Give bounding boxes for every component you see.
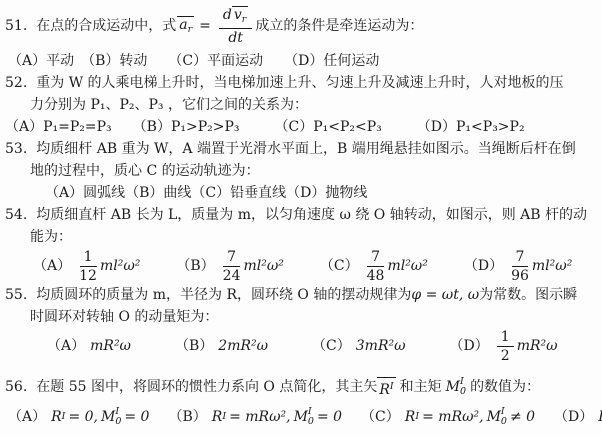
r-symbol: R [598, 406, 602, 428]
v-subscript: r [242, 14, 247, 25]
r-superscript: I [222, 406, 226, 428]
fraction-numerator: 1 [497, 329, 514, 347]
r-symbol: R [51, 406, 62, 428]
option-c: （C） 3mR²ω [312, 335, 405, 357]
question-52: 52.重为 W 的人乘电梯上升时，当电梯加速上升、匀速上升及减速上升时，人对地板… [5, 72, 602, 138]
option-label: （A） [8, 406, 46, 428]
m-symbol: M [446, 376, 460, 398]
question-number: 54. [5, 207, 27, 223]
m-value: ≠ 0 [510, 406, 535, 428]
stem-text-pre: 在点的合成运动中，式 [36, 15, 176, 37]
question-53-options: （A）圆弧线（B）曲线（C）铅垂直线（D）抛物线 [5, 182, 602, 204]
r-superscript: I [415, 406, 419, 428]
stem-text: 均质细直杆 AB 长为 L，质量为 m，以匀角速度 ω 绕 O 轴转动，如图示，… [36, 207, 587, 223]
question-53-stem-line2: 地的过程中，质心 C 的运动轨迹为： [5, 160, 602, 182]
option-label: （D） [450, 335, 489, 357]
m-subscript: 0 [501, 417, 507, 427]
fraction: 112 [79, 249, 97, 284]
question-55-options: （A） mR²ω （B） 2mR²ω （C） 3mR²ω （D） 12 mR²ω [5, 328, 602, 364]
m-subscript: 0 [115, 417, 121, 427]
m-subsuperscript: I0 [460, 377, 466, 397]
option-a: （A） RI = 0, M I0 = 0 [8, 406, 152, 428]
stem-text-mid: 和主矩 [400, 376, 442, 398]
option-label: （C） [320, 255, 359, 277]
question-56-stem: 56. 在题 55 图中，将圆环的惯性力系向 O 点简化，其主矢 RI 和主矩 … [5, 372, 602, 402]
r-superscript: I [62, 406, 66, 428]
fraction-numerator: dvr [219, 6, 252, 29]
option-label: （C） [361, 406, 400, 428]
fraction-denominator: 96 [511, 267, 529, 284]
stem-text-post: 成立的条件是牵连运动为： [255, 15, 423, 37]
fraction-numerator: 7 [367, 249, 384, 267]
question-53: 53.均质细杆 AB 重为 W，A 端置于光滑水平面上，B 端用绳悬挂如图示。当… [5, 138, 602, 204]
option-a: （A） mR²ω [47, 335, 131, 357]
option-c: （C） 748 ml²ω² [320, 249, 428, 284]
question-54-stem-line1: 54.均质细直杆 AB 长为 L，质量为 m，以匀角速度 ω 绕 O 轴转动，如… [5, 204, 602, 226]
option-d: （D） 796 ml²ω² [464, 249, 572, 284]
m-subscript: 0 [460, 387, 466, 397]
d-symbol: d [223, 7, 232, 23]
question-number: 53. [5, 141, 27, 157]
fraction-denominator: 12 [79, 267, 97, 284]
fraction: 796 [511, 249, 529, 284]
fraction-numerator: 1 [80, 249, 97, 267]
option-label: （D） [554, 406, 593, 428]
a-subscript: r [188, 24, 193, 35]
question-53-stem-line1: 53.均质细杆 AB 重为 W，A 端置于光滑水平面上，B 端用绳悬挂如图示。当… [5, 138, 602, 160]
equals-sign: = [199, 15, 211, 37]
formula-text: ml²ω² [387, 255, 427, 277]
fraction-dvr-dt: dvr dt [219, 6, 252, 46]
m-symbol: M [487, 406, 501, 428]
fraction-denominator: 24 [223, 267, 241, 284]
r-symbol: R [405, 406, 416, 428]
formula-text: ml²ω² [532, 255, 572, 277]
question-number: 56. [5, 376, 27, 398]
question-52-options: （A）P₁=P₂=P₃ （B）P₁>P₂>P₃ （C）P₁<P₂<P₃ （D）P… [5, 116, 602, 138]
m-subsuperscript: I0 [115, 407, 121, 427]
formula-text: mR²ω [517, 335, 558, 357]
stem-text: 均质细杆 AB 重为 W，A 端置于光滑水平面上，B 端用绳悬挂如图示。当绳断后… [36, 141, 575, 157]
formula-text: 3mR²ω [356, 335, 406, 357]
option-label: （D） [464, 255, 503, 277]
stem-text-pre: 均质圆环的质量为 m，半径为 R，圆环绕 O 轴的摆动规律为 [36, 287, 411, 303]
question-number: 51. [5, 15, 27, 37]
question-51-options: （A）平动 （B）转动 （C）平面运动 （D）任何运动 [5, 50, 602, 72]
m-value: = 0 [124, 406, 149, 428]
question-54-options: （A） 112 ml²ω² （B） 724 ml²ω² （C） 748 ml²ω… [5, 248, 602, 284]
option-label: （B） [168, 406, 206, 428]
r-value: = mRω², [422, 406, 483, 428]
question-51: 51. 在点的合成运动中，式 ar = dvr dt 成立的条件是牵连运动为： … [5, 2, 602, 72]
option-c: （C） RI = mRω², M I0 ≠ 0 [361, 406, 538, 428]
r-symbol: R [379, 382, 390, 398]
option-label: （C） [312, 335, 351, 357]
exam-page: 51. 在点的合成运动中，式 ar = dvr dt 成立的条件是牵连运动为： … [0, 0, 602, 435]
r-value: = 0, [68, 406, 98, 428]
option-label: （A） [33, 255, 71, 277]
fraction-denominator: dt [228, 29, 243, 46]
question-56: 56. 在题 55 图中，将圆环的惯性力系向 O 点简化，其主矢 RI 和主矩 … [5, 372, 602, 432]
question-number: 52. [5, 75, 27, 91]
question-55-stem-line2: 时圆环对转轴 O 的动量矩为： [5, 306, 602, 328]
fraction-denominator: 2 [501, 347, 510, 364]
fraction-numerator: 7 [223, 249, 240, 267]
option-label: （B） [175, 335, 213, 357]
r-symbol: R [212, 406, 223, 428]
formula-text: ml²ω² [100, 255, 140, 277]
r-value: = mRω², [229, 406, 290, 428]
option-b: （B） RI = mRω², M I0 = 0 [168, 406, 345, 428]
question-52-stem-line2: 力分别为 P₁、P₂、P₃ ，它们之间的关系为： [5, 94, 602, 116]
fraction: 724 [223, 249, 241, 284]
option-d: （D） 12 mR²ω [450, 329, 558, 364]
option-label: （B） [176, 255, 214, 277]
option-a: （A） 112 ml²ω² [33, 249, 140, 284]
fraction-numerator: 7 [512, 249, 529, 267]
stem-text-post: 为常数。图示瞬 [479, 287, 577, 303]
m-symbol: M [101, 406, 115, 428]
question-51-stem: 51. 在点的合成运动中，式 ar = dvr dt 成立的条件是牵连运动为： [5, 2, 602, 50]
m-subsuperscript: I0 [501, 407, 507, 427]
formula-text: 2mR²ω [218, 335, 268, 357]
question-54: 54.均质细直杆 AB 长为 L，质量为 m，以匀角速度 ω 绕 O 轴转动，如… [5, 204, 602, 284]
stem-text-pre: 在题 55 图中，将圆环的惯性力系向 O 点简化，其主矢 [36, 376, 377, 398]
stem-text: 重为 W 的人乘电梯上升时，当电梯加速上升、匀速上升及减速上升时，人对地板的压 [36, 75, 563, 91]
option-b: （B） 724 ml²ω² [176, 249, 284, 284]
option-label: （A） [47, 335, 85, 357]
fraction: 12 [497, 329, 514, 364]
m-subsuperscript: I0 [308, 407, 314, 427]
formula-text: mR²ω [90, 335, 131, 357]
a-symbol: a [179, 17, 187, 33]
formula-phi-omega-t: φ = ωt, ω [411, 287, 479, 303]
question-number: 55. [5, 287, 27, 303]
m-subscript: 0 [308, 417, 314, 427]
fraction-denominator: 48 [367, 267, 385, 284]
formula-text: ml²ω² [243, 255, 283, 277]
r-superscript: I [390, 381, 394, 392]
option-b: （B） 2mR²ω [175, 335, 268, 357]
v-symbol: v [234, 7, 242, 23]
question-54-stem-line2: 能为： [5, 226, 602, 248]
m-symbol: M [294, 406, 308, 428]
formula-r-vector-overline: RI [377, 377, 395, 398]
m-value: = 0 [317, 406, 342, 428]
v-r-overline: vr [232, 6, 248, 27]
question-56-options: （A） RI = 0, M I0 = 0 （B） RI = mRω², M I0… [5, 402, 602, 432]
stem-text-post: 的数值为： [470, 376, 540, 398]
option-d: （D） RI = 0, M I0 ≠ 0 [554, 406, 602, 428]
formula-a-r-overline: ar [177, 16, 194, 37]
question-55-stem-line1: 55.均质圆环的质量为 m，半径为 R，圆环绕 O 轴的摆动规律为φ = ωt,… [5, 284, 602, 306]
fraction: 748 [367, 249, 385, 284]
question-55: 55.均质圆环的质量为 m，半径为 R，圆环绕 O 轴的摆动规律为φ = ωt,… [5, 284, 602, 364]
question-52-stem-line1: 52.重为 W 的人乘电梯上升时，当电梯加速上升、匀速上升及减速上升时，人对地板… [5, 72, 602, 94]
